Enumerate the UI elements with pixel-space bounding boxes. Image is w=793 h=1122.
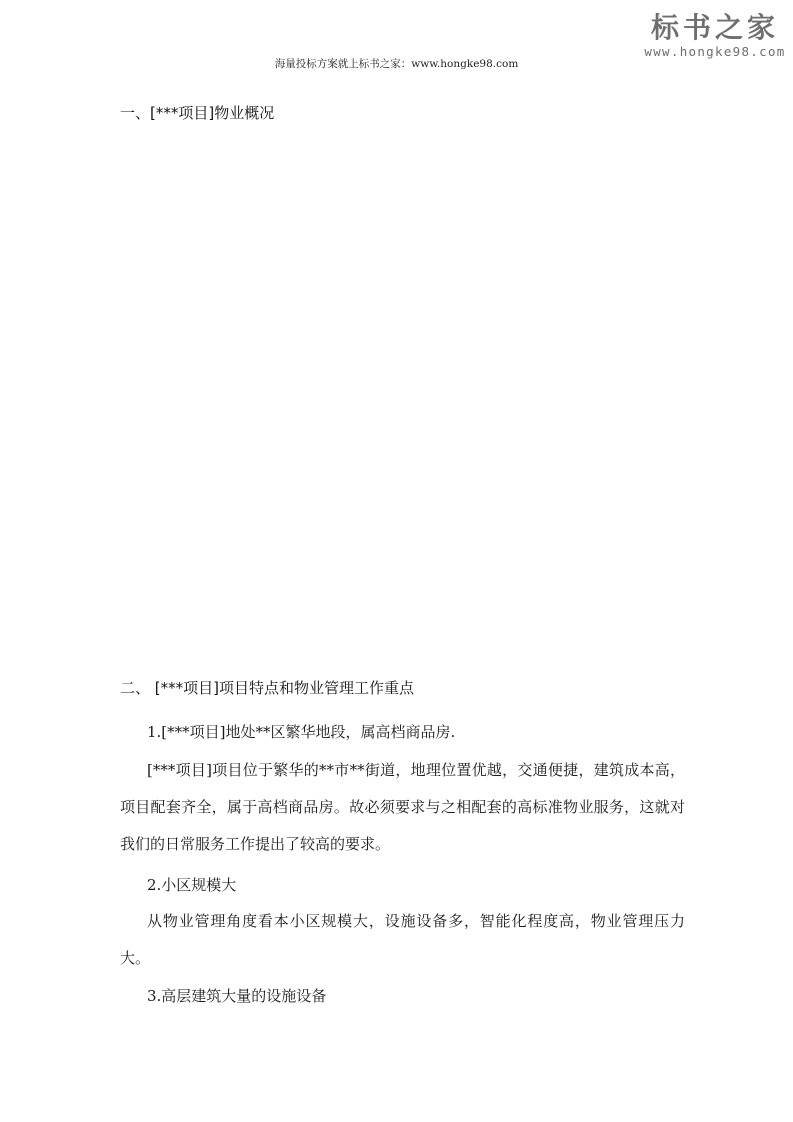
item-title-2: 2.小区规模大 — [147, 874, 236, 895]
header-note: 海量投标方案就上标书之家：www.hongke98.com — [0, 56, 793, 71]
item-body-2: 从物业管理角度看本小区规模大，设施设备多，智能化程度高，物业管理压力大。 — [120, 903, 685, 977]
section-heading-1: 一、[***项目]物业概况 — [120, 102, 274, 123]
item-title-1: 1.[***项目]地处**区繁华地段，属高档商品房. — [147, 721, 455, 742]
logo-title: 标书之家 — [640, 12, 790, 44]
item-body-1: [***项目]项目位于繁华的**市**街道，地理位置优越，交通便捷，建筑成本高，… — [120, 752, 685, 863]
site-logo: 标书之家 www.hongke98.com — [640, 12, 790, 59]
section-heading-2: 二、 [***项目]项目特点和物业管理工作重点 — [120, 677, 414, 698]
item-title-3: 3.高层建筑大量的设施设备 — [147, 985, 326, 1006]
